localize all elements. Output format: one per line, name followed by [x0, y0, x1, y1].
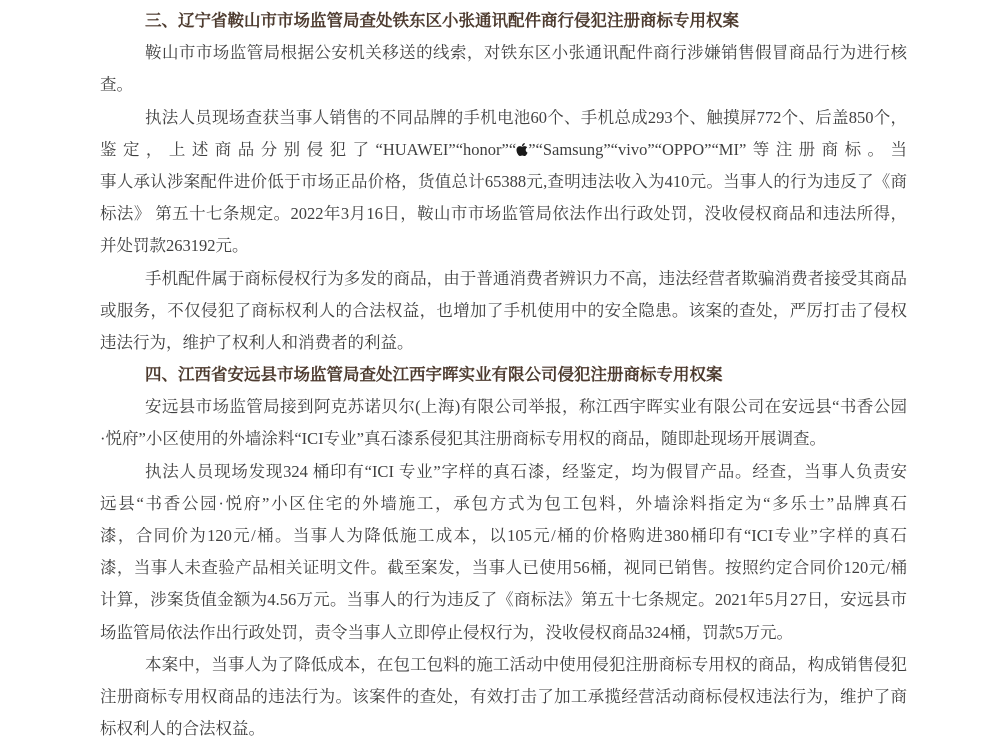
- body-line: 远县“书香公园·悦府”小区住宅的外墙施工，承包方式为包工包料，外墙涂料指定为“多…: [100, 488, 907, 520]
- case-paragraph: 执法人员现场查获当事人销售的不同品牌的手机电池60个、手机总成293个、触摸屏7…: [100, 102, 907, 263]
- document-page: 三、辽宁省鞍山市市场监管局查处铁东区小张通讯配件商行侵犯注册商标专用权案鞍山市市…: [100, 0, 907, 744]
- body-line: 并处罚款263192元。: [100, 230, 907, 262]
- body-line: 手机配件属于商标侵权行为多发的商品，由于普通消费者辨识力不高，违法经营者欺骗消费…: [100, 263, 907, 295]
- case-paragraph: 本案中，当事人为了降低成本，在包工包料的施工活动中使用侵犯注册商标专用权的商品，…: [100, 649, 907, 744]
- body-line: 场监管局依法作出行政处罚，责令当事人立即停止侵权行为，没收侵权商品324桶，罚款…: [100, 617, 907, 649]
- body-line: 查。: [100, 69, 907, 101]
- body-line-with-apple-logo: 鉴定，上述商品分别侵犯了“HUAWEI”“honor”“”“Samsung”“v…: [100, 134, 907, 166]
- body-line: 执法人员现场查获当事人销售的不同品牌的手机电池60个、手机总成293个、触摸屏7…: [100, 102, 907, 134]
- heading-line: 三、辽宁省鞍山市市场监管局查处铁东区小张通讯配件商行侵犯注册商标专用权案: [100, 5, 907, 37]
- body-line: 标权利人的合法权益。: [100, 713, 907, 744]
- case-paragraph: 安远县市场监管局接到阿克苏诺贝尔(上海)有限公司举报，称江西宇晖实业有限公司在安…: [100, 391, 907, 455]
- body-line: 计算，涉案货值金额为4.56万元。当事人的行为违反了《商标法》第五十七条规定。2…: [100, 584, 907, 616]
- case-section-heading: 三、辽宁省鞍山市市场监管局查处铁东区小张通讯配件商行侵犯注册商标专用权案: [100, 5, 907, 37]
- case-section-heading: 四、江西省安远县市场监管局查处江西宇晖实业有限公司侵犯注册商标专用权案: [100, 359, 907, 391]
- apple-logo-icon: [516, 142, 528, 157]
- body-line: ·悦府”小区使用的外墙涂料“ICI专业”真石漆系侵犯其注册商标专用权的商品，随即…: [100, 423, 907, 455]
- body-line: 安远县市场监管局接到阿克苏诺贝尔(上海)有限公司举报，称江西宇晖实业有限公司在安…: [100, 391, 907, 423]
- body-line: 事人承认涉案配件进价低于市场正品价格，货值总计65388元,查明违法收入为410…: [100, 166, 907, 198]
- body-line: 鞍山市市场监管局根据公安机关移送的线索，对铁东区小张通讯配件商行涉嫌销售假冒商品…: [100, 37, 907, 69]
- body-line: 漆，当事人未查验产品相关证明文件。截至案发，当事人已使用56桶，视同已销售。按照…: [100, 552, 907, 584]
- body-line: 注册商标专用权商品的违法行为。该案件的查处，有效打击了加工承揽经营活动商标侵权违…: [100, 681, 907, 713]
- body-line: 或服务，不仅侵犯了商标权利人的合法权益，也增加了手机使用中的安全隐患。该案的查处…: [100, 295, 907, 327]
- body-line: 漆，合同价为120元/桶。当事人为降低施工成本，以105元/桶的价格购进380桶…: [100, 520, 907, 552]
- case-paragraph: 手机配件属于商标侵权行为多发的商品，由于普通消费者辨识力不高，违法经营者欺骗消费…: [100, 263, 907, 360]
- body-line: 标法》 第五十七条规定。2022年3月16日，鞍山市市场监管局依法作出行政处罚，…: [100, 198, 907, 230]
- case-paragraph: 执法人员现场发现324 桶印有“ICI 专业”字样的真石漆，经鉴定，均为假冒产品…: [100, 456, 907, 649]
- case-paragraph: 鞍山市市场监管局根据公安机关移送的线索，对铁东区小张通讯配件商行涉嫌销售假冒商品…: [100, 37, 907, 101]
- body-line: 执法人员现场发现324 桶印有“ICI 专业”字样的真石漆，经鉴定，均为假冒产品…: [100, 456, 907, 488]
- heading-line: 四、江西省安远县市场监管局查处江西宇晖实业有限公司侵犯注册商标专用权案: [100, 359, 907, 391]
- body-line: 违法行为，维护了权利人和消费者的利益。: [100, 327, 907, 359]
- body-line: 本案中，当事人为了降低成本，在包工包料的施工活动中使用侵犯注册商标专用权的商品，…: [100, 649, 907, 681]
